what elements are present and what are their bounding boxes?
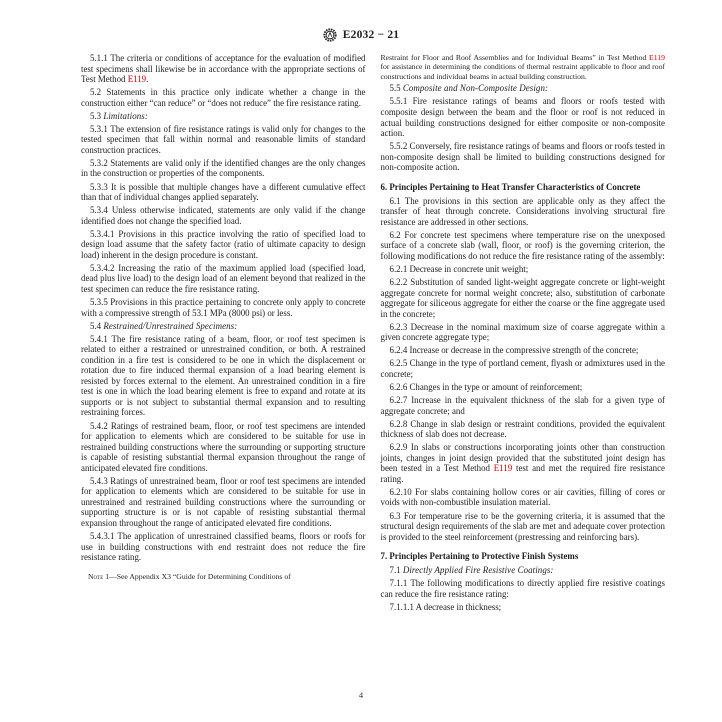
- paragraph: 5.3.5 Provisions in this practice pertai…: [81, 297, 366, 318]
- paragraph: 6.2.6 Changes in the type or amount of r…: [381, 382, 666, 393]
- paragraph: 5.3.1 The extension of fire resistance r…: [81, 124, 366, 156]
- footnote-continuation: Restraint for Floor and Roof Assemblies …: [381, 53, 666, 81]
- paragraph: 6.3 For temperature rise to be the gover…: [381, 511, 666, 543]
- paragraph: 5.3.4.1 Provisions in this practice invo…: [81, 229, 366, 261]
- footnote-label: Note 1—: [88, 572, 117, 581]
- paragraph: 7.1.1 The following modifications to dir…: [381, 578, 666, 599]
- e119-link[interactable]: E119: [128, 74, 146, 84]
- paragraph: 6.2.2 Substitution of sanded light-weigh…: [381, 277, 666, 319]
- paragraph: 6.2.4 Increase or decrease in the compre…: [381, 345, 666, 356]
- e119-link[interactable]: E119: [494, 463, 512, 473]
- paragraph: 6.2.1 Decrease in concrete unit weight;: [381, 264, 666, 275]
- paragraph: 5.3.3 It is possible that multiple chang…: [81, 182, 366, 203]
- paragraph: 6.2.8 Change in slab design or restraint…: [381, 419, 666, 440]
- paragraph: 5.5.1 Fire resistance ratings of beams a…: [381, 96, 666, 138]
- section-subheading: 5.5 Composite and Non-Composite Design:: [381, 83, 666, 94]
- paragraph: 5.1.1 The criteria or conditions of acce…: [81, 53, 366, 85]
- page-number: 4: [359, 690, 363, 700]
- section-subheading: 5.4 Restrained/Unrestrained Specimens:: [81, 321, 366, 332]
- paragraph: 6.2 For concrete test specimens where te…: [381, 230, 666, 262]
- paragraph: 5.4.2 Ratings of restrained beam, floor,…: [81, 421, 366, 474]
- section-subheading: 7.1 Directly Applied Fire Resistive Coat…: [381, 565, 666, 576]
- paragraph: 5.4.3 Ratings of unrestrained beam, floo…: [81, 476, 366, 529]
- document-page: E2032 − 21 5.1.1 The criteria or conditi…: [0, 0, 722, 722]
- paragraph: 5.5.2 Conversely, fire resistance rating…: [381, 141, 666, 173]
- page-header: E2032 − 21: [0, 26, 722, 44]
- paragraph: 5.4.3.1 The application of unrestrained …: [81, 531, 366, 563]
- paragraph: 7.1.1.1 A decrease in thickness;: [381, 602, 666, 613]
- paragraph: 5.4.1 The fire resistance rating of a be…: [81, 334, 366, 418]
- paragraph: 6.2.9 In slabs or constructions incorpor…: [381, 442, 666, 484]
- paragraph: 5.2 Statements in this practice only ind…: [81, 87, 366, 108]
- right-column: Restraint for Floor and Roof Assemblies …: [381, 53, 666, 612]
- e119-link[interactable]: E119: [649, 53, 665, 62]
- left-column: 5.1.1 The criteria or conditions of acce…: [81, 53, 366, 612]
- paragraph: 6.2.7 Increase in the equivalent thickne…: [381, 395, 666, 416]
- section-subheading: 5.3 Limitations:: [81, 111, 366, 122]
- section-heading: 6. Principles Pertaining to Heat Transfe…: [381, 182, 666, 193]
- paragraph: 6.2.10 For slabs containing hollow cores…: [381, 487, 666, 508]
- footnote: Note 1—See Appendix X3 “Guide for Determ…: [81, 572, 366, 581]
- paragraph: 6.2.3 Decrease in the nominal maximum si…: [381, 322, 666, 343]
- body-columns: 5.1.1 The criteria or conditions of acce…: [81, 53, 665, 612]
- paragraph: 6.2.5 Change in the type of portland cem…: [381, 358, 666, 379]
- paragraph: 5.3.4 Unless otherwise indicated, statem…: [81, 205, 366, 226]
- standard-designation: E2032 − 21: [343, 29, 399, 41]
- page-footer: 4: [0, 690, 722, 700]
- astm-logo-icon: [323, 28, 337, 42]
- paragraph: 6.1 The provisions in this section are a…: [381, 196, 666, 228]
- paragraph: 5.3.2 Statements are valid only if the i…: [81, 158, 366, 179]
- paragraph: 5.3.4.2 Increasing the ratio of the maxi…: [81, 263, 366, 295]
- section-heading: 7. Principles Pertaining to Protective F…: [381, 551, 666, 562]
